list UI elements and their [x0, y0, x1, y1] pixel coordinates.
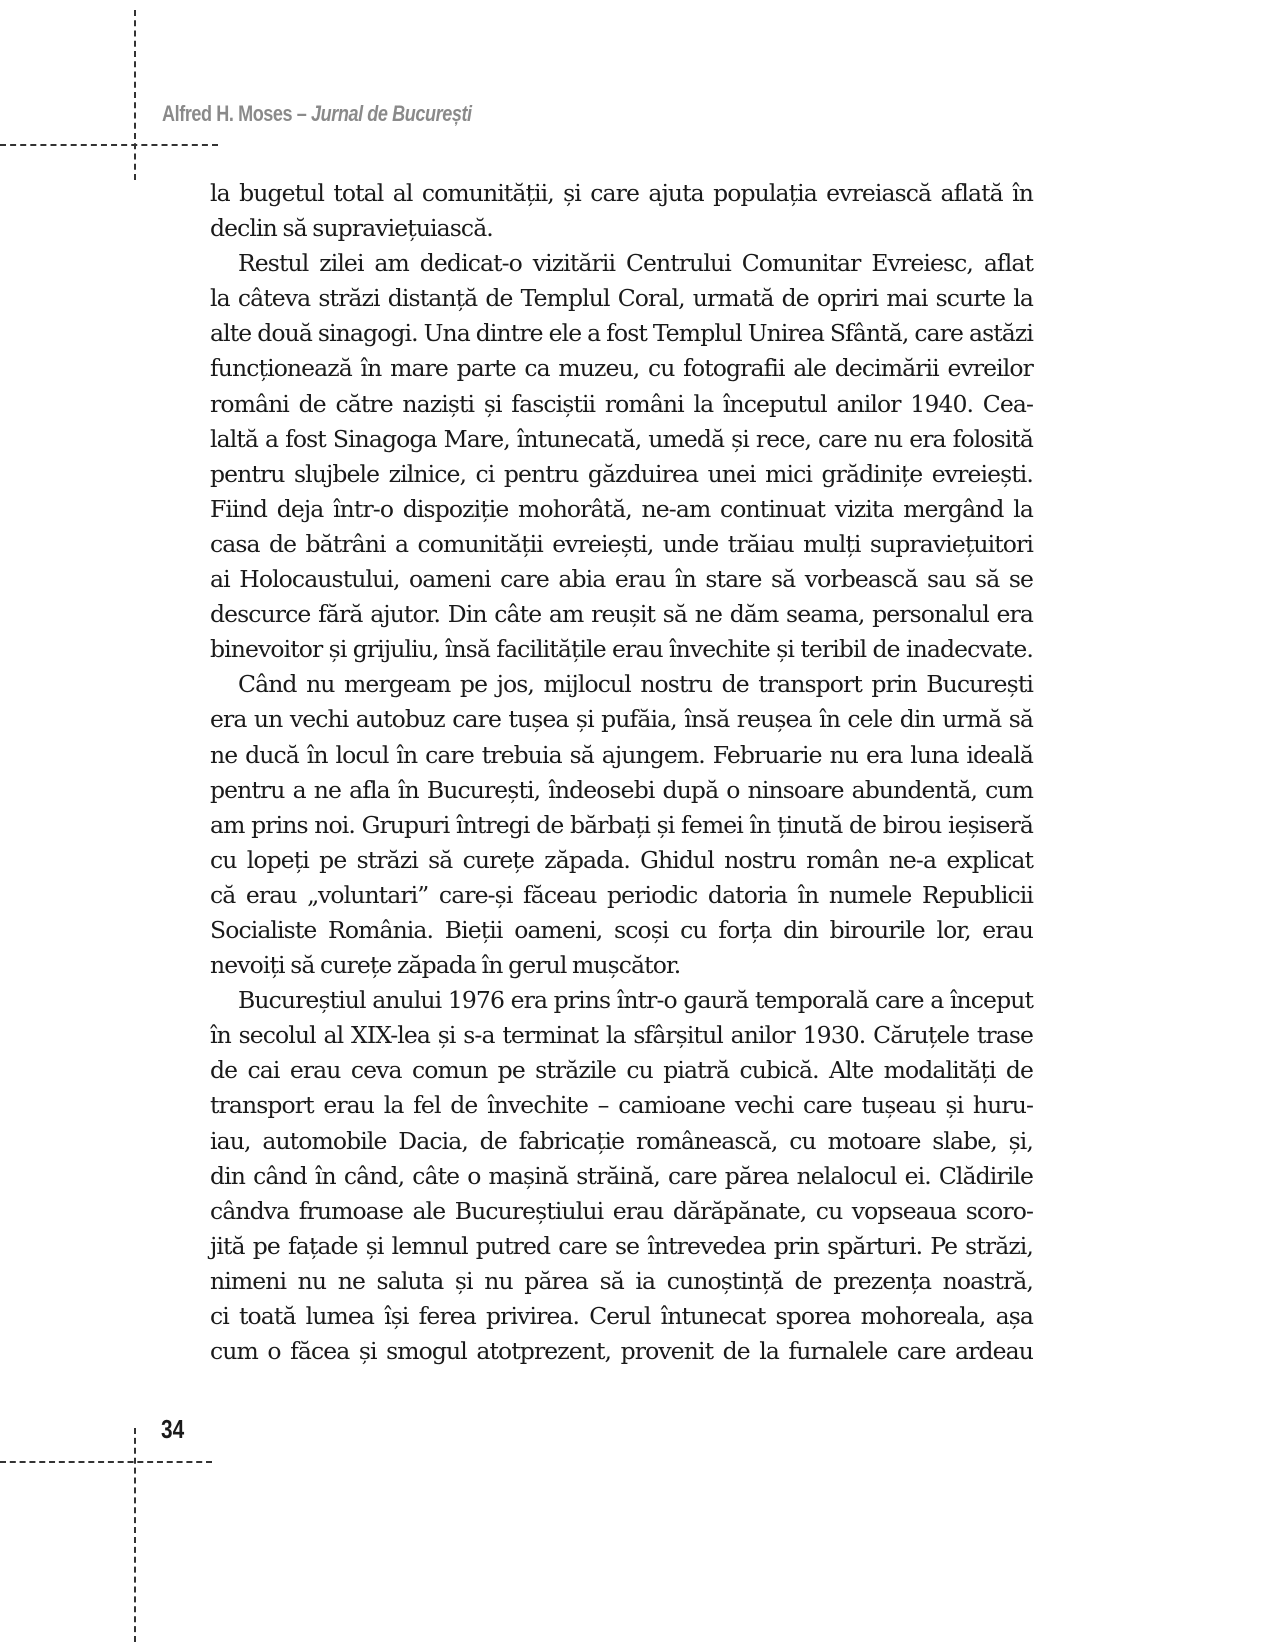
text-line: am prins noi. Grupuri întregi de bărbați… — [210, 808, 1033, 843]
page-number: 34 — [161, 1414, 184, 1445]
text-line: pentru slujbele zilnice, ci pentru găzdu… — [210, 457, 1033, 492]
running-head-author: Alfred H. Moses – — [162, 101, 311, 126]
body-text: la bugetul total al comunității, și care… — [210, 176, 1033, 1369]
text-line: Socialiste România. Bieții oameni, scoși… — [210, 913, 1033, 948]
text-line: ne ducă în locul în care trebuia să ajun… — [210, 738, 1033, 773]
text-line: era un vechi autobuz care tușea și pufăi… — [210, 702, 1033, 737]
text-line: că erau „voluntari” care-și făceau perio… — [210, 878, 1033, 913]
text-line: jită pe fațade și lemnul putred care se … — [210, 1229, 1033, 1264]
crop-mark-top-horizontal — [0, 144, 218, 146]
text-line: nevoiți să curețe zăpada în gerul mușcăt… — [210, 948, 1033, 983]
text-line: binevoitor și grijuliu, însă facilitățil… — [210, 632, 1033, 667]
text-line: alte două sinagogi. Una dintre ele a fos… — [210, 316, 1033, 351]
text-line: pentru a ne afla în București, îndeosebi… — [210, 773, 1033, 808]
text-line: Restul zilei am dedicat-o vizitării Cent… — [210, 246, 1033, 281]
text-line: cum o făcea și smogul atotprezent, prove… — [210, 1334, 1033, 1369]
running-head-book-title: Jurnal de București — [311, 101, 472, 126]
text-line: la câteva străzi distanță de Templul Cor… — [210, 281, 1033, 316]
text-line: cu lopeți pe străzi să curețe zăpada. Gh… — [210, 843, 1033, 878]
text-line: ai Holocaustului, oameni care abia erau … — [210, 562, 1033, 597]
text-line: iau, automobile Dacia, de fabricație rom… — [210, 1124, 1033, 1159]
crop-mark-bottom-horizontal — [0, 1461, 212, 1463]
text-line: de cai erau ceva comun pe străzile cu pi… — [210, 1053, 1033, 1088]
text-line: cândva frumoase ale Bucureștiului erau d… — [210, 1194, 1033, 1229]
text-line: nimeni nu ne saluta și nu părea să ia cu… — [210, 1264, 1033, 1299]
text-line: declin să supraviețuiască. — [210, 211, 1033, 246]
running-head: Alfred H. Moses – Jurnal de București — [162, 101, 472, 127]
text-line: la bugetul total al comunității, și care… — [210, 176, 1033, 211]
text-line: Când nu mergeam pe jos, mijlocul nostru … — [210, 667, 1033, 702]
text-line: descurce fără ajutor. Din câte am reușit… — [210, 597, 1033, 632]
text-line: funcționează în mare parte ca muzeu, cu … — [210, 351, 1033, 386]
text-line: Fiind deja într-o dispoziție mohorâtă, n… — [210, 492, 1033, 527]
text-line: Bucureștiul anului 1976 era prins într-o… — [210, 983, 1033, 1018]
text-line: transport erau la fel de învechite – cam… — [210, 1088, 1033, 1123]
crop-mark-top-vertical — [134, 10, 136, 180]
text-line: casa de bătrâni a comunității evreiești,… — [210, 527, 1033, 562]
text-line: din când în când, câte o mașină străină,… — [210, 1159, 1033, 1194]
text-line: români de către naziști și fasciștii rom… — [210, 387, 1033, 422]
text-line: în secolul al XIX-lea și s-a terminat la… — [210, 1018, 1033, 1053]
text-line: ci toată lumea își ferea privirea. Cerul… — [210, 1299, 1033, 1334]
text-line: laltă a fost Sinagoga Mare, întunecată, … — [210, 422, 1033, 457]
